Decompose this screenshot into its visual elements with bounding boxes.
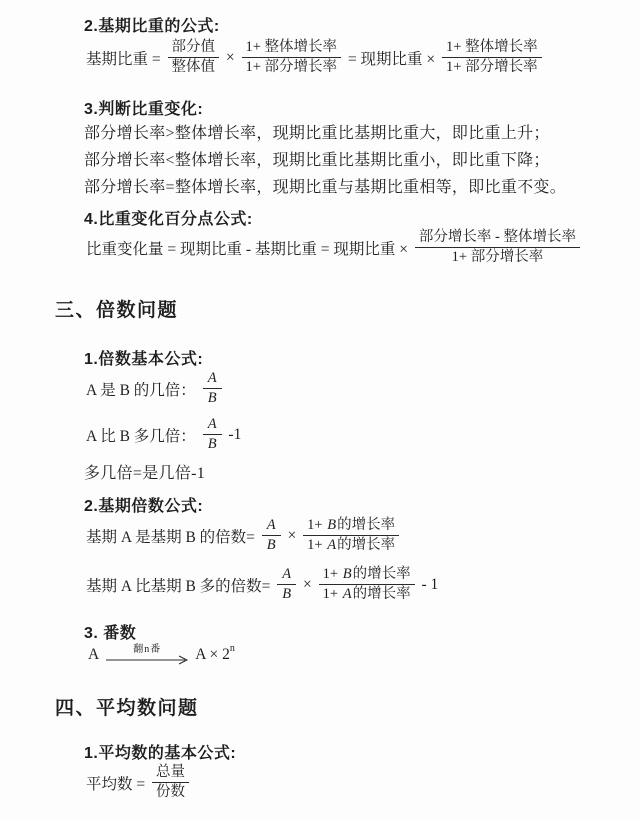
sub-base-multiples: 2.基期倍数公式: [84, 493, 203, 516]
fraction-denominator: 份数 [152, 783, 189, 802]
formula-average: 平均数 = 总量份数 [86, 763, 192, 802]
fraction-denominator: 1+ 部分增长率 [442, 58, 542, 77]
formula-fan-number: A 翻n番 A × 2n [88, 644, 235, 665]
formula-text: 平均数 = [86, 772, 149, 794]
formula-base-multiple-is: 基期 A 是基期 B 的倍数= AB × 1+ B的增长率1+ A的增长率 [86, 516, 402, 555]
formula-text: 基期 A 比基期 B 多的倍数= [86, 574, 274, 596]
formula-text: × [284, 527, 301, 545]
arrow-label: 翻n番 [133, 644, 161, 655]
fraction-numerator: A [262, 516, 281, 536]
formula-text: × [299, 576, 316, 594]
sub-fan-number: 3. 番数 [84, 620, 136, 643]
fraction-numerator: 1+ 整体增长率 [242, 38, 342, 58]
line-judge-greater: 部分增长率>整体增长率，现期比重比基期比重大，即比重上升； [84, 120, 550, 143]
formula-text: A 比 B 多几倍： [86, 424, 200, 446]
fraction-denominator: B [262, 536, 281, 555]
sub-judge-change: 3.判断比重变化: [84, 96, 203, 119]
fraction: 1+ 整体增长率1+ 部分增长率 [242, 38, 342, 77]
heading-multiples: 三、倍数问题 [55, 295, 178, 322]
formula-text: 基期 A 是基期 B 的倍数= [86, 525, 259, 547]
fraction-numerator: A [203, 415, 222, 435]
fraction-numerator: 1+ 整体增长率 [442, 38, 542, 58]
fraction: 1+ B的增长率1+ A的增长率 [319, 565, 415, 604]
sub-multiples-basic: 1.倍数基本公式: [84, 346, 203, 369]
formula-text: A 是 B 的几倍： [86, 378, 200, 400]
formula-change-points: 比重变化量 = 现期比重 - 基期比重 = 现期比重 × 部分增长率 - 整体增… [86, 228, 583, 267]
formula-a-times-b: A 是 B 的几倍： AB [86, 369, 225, 408]
heading-average: 四、平均数问题 [55, 693, 199, 720]
formula-text: - 1 [418, 576, 439, 594]
document-page: 2.基期比重的公式:基期比重 = 部分值整体值 × 1+ 整体增长率1+ 部分增… [0, 0, 640, 819]
formula-text: A × 2 [192, 646, 230, 664]
fraction: AB [203, 415, 222, 454]
fraction-numerator: 总量 [152, 763, 189, 783]
formula-text: 基期比重 = [86, 47, 165, 69]
fraction-denominator: 整体值 [168, 58, 220, 77]
fraction-numerator: A [203, 369, 222, 389]
line-judge-less: 部分增长率<整体增长率，现期比重比基期比重小，即比重下降； [84, 147, 550, 170]
fraction-numerator: 部分值 [168, 38, 220, 58]
fraction: 总量份数 [152, 763, 189, 802]
labeled-arrow: 翻n番 [105, 644, 189, 665]
formula-text: 比重变化量 = 现期比重 - 基期比重 = 现期比重 × [86, 237, 412, 259]
fraction-numerator: 1+ B的增长率 [303, 516, 399, 536]
formula-text: = 现期比重 × [344, 47, 439, 69]
sub-change-points: 4.比重变化百分点公式: [84, 206, 253, 229]
fraction-numerator: 1+ B的增长率 [319, 565, 415, 585]
fraction-denominator: 1+ A的增长率 [319, 585, 415, 604]
fraction-denominator: B [203, 435, 222, 454]
formula-base-multiple-more: 基期 A 比基期 B 多的倍数= AB × 1+ B的增长率1+ A的增长率 -… [86, 565, 438, 604]
fraction-denominator: 1+ 部分增长率 [448, 248, 548, 267]
formula-text: A [88, 646, 102, 664]
formula-text: × [222, 49, 239, 67]
fraction: AB [203, 369, 222, 408]
right-arrow-icon [105, 655, 189, 665]
formula-text: -1 [225, 426, 242, 444]
sub-average-basic: 1.平均数的基本公式: [84, 740, 236, 763]
line-judge-equal: 部分增长率=整体增长率，现期比重与基期比重相等，即比重不变。 [84, 174, 566, 197]
fraction: 部分增长率 - 整体增长率1+ 部分增长率 [415, 228, 580, 267]
fraction-denominator: 1+ 部分增长率 [242, 58, 342, 77]
fraction: 1+ B的增长率1+ A的增长率 [303, 516, 399, 555]
fraction-denominator: B [277, 585, 296, 604]
fraction-denominator: 1+ A的增长率 [303, 536, 399, 555]
fraction-numerator: A [277, 565, 296, 585]
formula-base-proportion: 基期比重 = 部分值整体值 × 1+ 整体增长率1+ 部分增长率 = 现期比重 … [86, 38, 545, 77]
fraction-denominator: B [203, 389, 222, 408]
fraction: AB [277, 565, 296, 604]
fraction: 1+ 整体增长率1+ 部分增长率 [442, 38, 542, 77]
fraction-numerator: 部分增长率 - 整体增长率 [415, 228, 580, 248]
formula-a-more-than-b: A 比 B 多几倍： AB -1 [86, 415, 241, 454]
line-more-equals: 多几倍=是几倍-1 [84, 460, 205, 483]
sub-base-proportion: 2.基期比重的公式: [84, 13, 220, 36]
fraction: 部分值整体值 [168, 38, 220, 77]
fraction: AB [262, 516, 281, 555]
